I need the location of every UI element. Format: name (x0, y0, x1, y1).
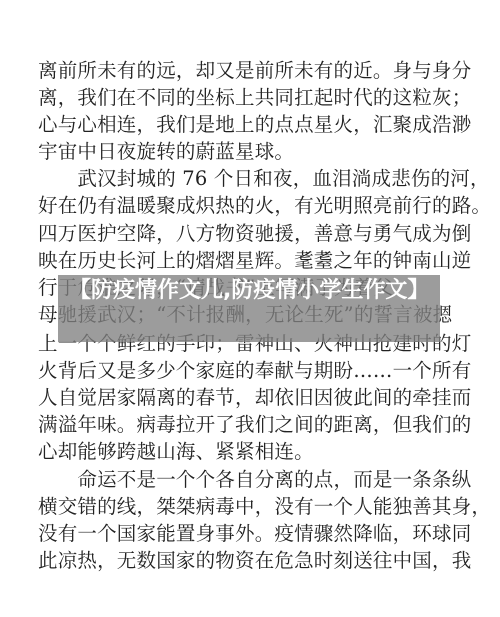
text-line: 没有一个国家能置身事外。疫情骤然降临，环球同 (38, 520, 468, 547)
title-overlay-banner: 【防疫情作文儿,防疫情小学生作文】 (58, 275, 440, 342)
text-line: 心却能够跨越山海、紧紧相连。 (38, 438, 468, 465)
text-line: 四万医护空降，八方物资驰援，善意与勇气成为倒 (38, 220, 468, 247)
text-line: 映在历史长河上的熠熠星辉。耄耋之年的钟南山逆 (38, 247, 468, 274)
text-line: 横交错的线，桀桀病毒中，没有一个人能独善其身， (38, 493, 468, 520)
text-line: 人自觉居家隔离的春节，却依旧因彼此间的牵挂而 (38, 384, 468, 411)
text-line: 火背后又是多少个家庭的奉献与期盼……一个所有 (38, 357, 468, 384)
text-line: 宇宙中日夜旋转的蔚蓝星球。 (38, 138, 468, 165)
text-line: 满溢年味。病毒拉开了我们之间的距离，但我们的 (38, 411, 468, 438)
text-line: 离，我们在不同的坐标上共同扛起时代的这粒灰； (38, 84, 468, 111)
text-line: 武汉封城的 76 个日和夜，血泪淌成悲伤的河， (38, 165, 468, 192)
text-line: 此凉热，无数国家的物资在危急时刻送往中国，我 (38, 547, 468, 574)
document-page: 离前所未有的远，却又是前所未有的近。身与身分 离，我们在不同的坐标上共同扛起时代… (0, 0, 500, 617)
overlay-title: 【防疫情作文儿,防疫情小学生作文】 (69, 275, 429, 305)
text-line: 心与心相连，我们是地上的点点星火，汇聚成浩渺 (38, 111, 468, 138)
text-line: 离前所未有的远，却又是前所未有的近。身与身分 (38, 57, 468, 84)
text-line: 命运不是一个个各自分离的点，而是一条条纵 (38, 466, 468, 493)
text-line: 好在仍有温暖聚成炽热的火，有光明照亮前行的路。 (38, 192, 468, 219)
